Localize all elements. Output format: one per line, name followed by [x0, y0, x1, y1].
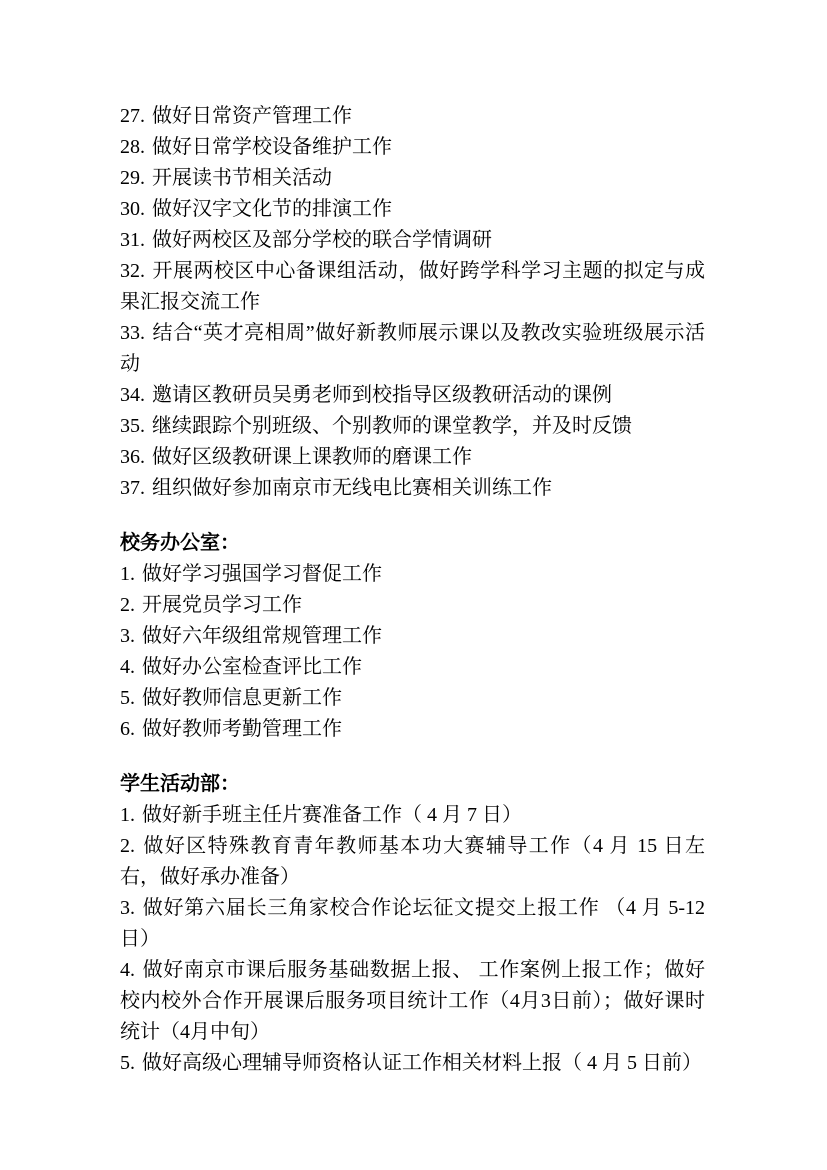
list-item: 32.开展两校区中心备课组活动，做好跨学科学习主题的拟定与成果汇报交流工作: [120, 256, 705, 318]
document-body: 27.做好日常资产管理工作28.做好日常学校设备维护工作29.开展读书节相关活动…: [120, 101, 705, 1079]
document-section: 校务办公室：1.做好学习强国学习督促工作2.开展党员学习工作3.做好六年级组常规…: [120, 528, 705, 745]
item-number: 4.: [120, 959, 142, 981]
item-text: 结合“英才亮相周”做好新教师展示课以及教改实验班级展示活动: [120, 322, 705, 375]
item-text: 做好高级心理辅导师资格认证工作相关材料上报（ 4 月 5 日前）: [142, 1052, 702, 1074]
section-heading: 学生活动部：: [120, 769, 705, 800]
section-heading: 校务办公室：: [120, 528, 705, 559]
item-number: 1.: [120, 563, 142, 585]
item-number: 37.: [120, 477, 152, 499]
list-item: 5.做好高级心理辅导师资格认证工作相关材料上报（ 4 月 5 日前）: [120, 1048, 705, 1079]
list-item: 4.做好办公室检查评比工作: [120, 652, 705, 683]
item-number: 27.: [120, 105, 152, 127]
document-page: 27.做好日常资产管理工作28.做好日常学校设备维护工作29.开展读书节相关活动…: [0, 0, 827, 1170]
item-text: 邀请区教研员吴勇老师到校指导区级教研活动的课例: [152, 384, 612, 406]
item-number: 30.: [120, 198, 152, 220]
item-number: 2.: [120, 835, 142, 857]
list-item: 3.做好六年级组常规管理工作: [120, 621, 705, 652]
list-item: 33.结合“英才亮相周”做好新教师展示课以及教改实验班级展示活动: [120, 318, 705, 380]
item-text: 继续跟踪个别班级、个别教师的课堂教学，并及时反馈: [152, 415, 632, 437]
item-number: 28.: [120, 136, 152, 158]
list-item: 37.组织做好参加南京市无线电比赛相关训练工作: [120, 473, 705, 504]
list-item: 28.做好日常学校设备维护工作: [120, 132, 705, 163]
list-item: 5.做好教师信息更新工作: [120, 683, 705, 714]
item-number: 3.: [120, 625, 142, 647]
item-text: 开展两校区中心备课组活动，做好跨学科学习主题的拟定与成果汇报交流工作: [120, 260, 705, 313]
document-section: 学生活动部：1.做好新手班主任片赛准备工作（ 4 月 7 日）2.做好区特殊教育…: [120, 769, 705, 1079]
item-text: 做好日常资产管理工作: [152, 105, 352, 127]
item-text: 做好六年级组常规管理工作: [142, 625, 382, 647]
item-text: 做好南京市课后服务基础数据上报、 工作案例上报工作；做好校内校外合作开展课后服务…: [120, 959, 705, 1043]
item-number: 35.: [120, 415, 152, 437]
list-item: 30.做好汉字文化节的排演工作: [120, 194, 705, 225]
item-number: 2.: [120, 594, 142, 616]
item-number: 29.: [120, 167, 152, 189]
item-text: 做好第六届长三角家校合作论坛征文提交上报工作 （4 月 5-12 日）: [120, 897, 705, 950]
item-text: 做好两校区及部分学校的联合学情调研: [152, 229, 492, 251]
item-text: 做好办公室检查评比工作: [142, 656, 362, 678]
item-text: 开展读书节相关活动: [152, 167, 332, 189]
item-number: 5.: [120, 1052, 142, 1074]
list-item: 35.继续跟踪个别班级、个别教师的课堂教学，并及时反馈: [120, 411, 705, 442]
list-item: 31.做好两校区及部分学校的联合学情调研: [120, 225, 705, 256]
item-number: 36.: [120, 446, 152, 468]
item-number: 6.: [120, 718, 142, 740]
list-item: 1.做好新手班主任片赛准备工作（ 4 月 7 日）: [120, 800, 705, 831]
item-number: 4.: [120, 656, 142, 678]
item-text: 做好教师信息更新工作: [142, 687, 342, 709]
item-number: 33.: [120, 322, 152, 344]
list-item: 36.做好区级教研课上课教师的磨课工作: [120, 442, 705, 473]
list-item: 2.做好区特殊教育青年教师基本功大赛辅导工作（4 月 15 日左右，做好承办准备…: [120, 831, 705, 893]
item-number: 3.: [120, 897, 142, 919]
item-text: 做好区级教研课上课教师的磨课工作: [152, 446, 472, 468]
item-text: 做好区特殊教育青年教师基本功大赛辅导工作（4 月 15 日左右，做好承办准备）: [120, 835, 705, 888]
item-number: 31.: [120, 229, 152, 251]
item-number: 34.: [120, 384, 152, 406]
list-item: 34.邀请区教研员吴勇老师到校指导区级教研活动的课例: [120, 380, 705, 411]
item-text: 做好学习强国学习督促工作: [142, 563, 382, 585]
list-item: 4.做好南京市课后服务基础数据上报、 工作案例上报工作；做好校内校外合作开展课后…: [120, 955, 705, 1048]
list-item: 27.做好日常资产管理工作: [120, 101, 705, 132]
item-number: 1.: [120, 804, 142, 826]
item-number: 5.: [120, 687, 142, 709]
item-text: 组织做好参加南京市无线电比赛相关训练工作: [152, 477, 552, 499]
item-text: 做好汉字文化节的排演工作: [152, 198, 392, 220]
list-item: 2.开展党员学习工作: [120, 590, 705, 621]
item-text: 做好新手班主任片赛准备工作（ 4 月 7 日）: [142, 804, 522, 826]
item-number: 32.: [120, 260, 152, 282]
list-item: 1.做好学习强国学习督促工作: [120, 559, 705, 590]
item-text: 做好教师考勤管理工作: [142, 718, 342, 740]
list-item: 3.做好第六届长三角家校合作论坛征文提交上报工作 （4 月 5-12 日）: [120, 893, 705, 955]
item-text: 做好日常学校设备维护工作: [152, 136, 392, 158]
list-item: 29.开展读书节相关活动: [120, 163, 705, 194]
item-text: 开展党员学习工作: [142, 594, 302, 616]
list-item: 6.做好教师考勤管理工作: [120, 714, 705, 745]
document-section: 27.做好日常资产管理工作28.做好日常学校设备维护工作29.开展读书节相关活动…: [120, 101, 705, 504]
